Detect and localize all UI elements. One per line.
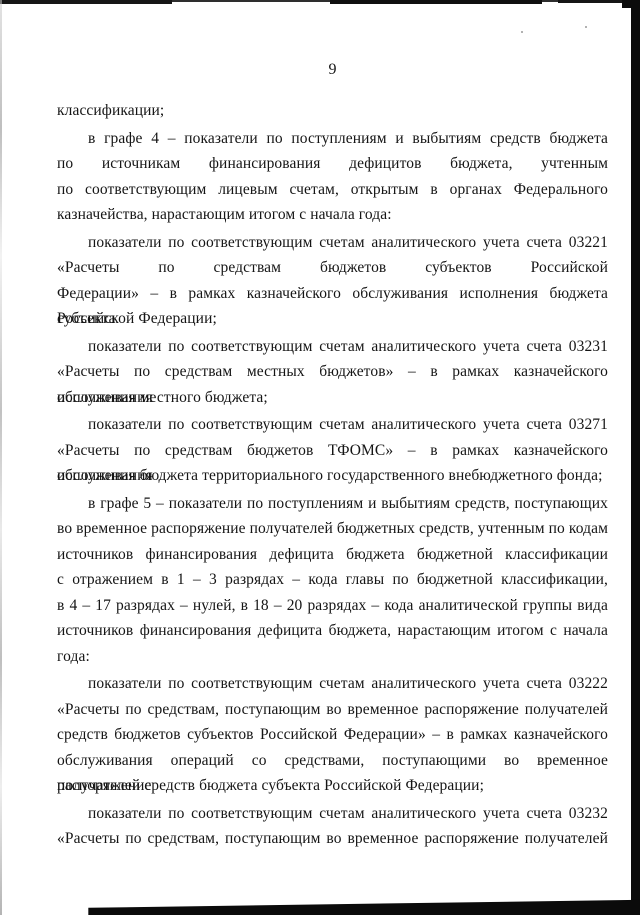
text-line: «Расчеты по средствам бюджетов ТФОМС» – … (57, 438, 608, 464)
page-number: 9 (57, 57, 608, 82)
text-line: по источникам финансирования дефицитов б… (57, 151, 608, 177)
scan-speck (521, 31, 523, 33)
text-line: получателей средств бюджета субъекта Рос… (57, 773, 608, 799)
text-line: «Расчеты по средствам местных бюджетов» … (57, 359, 608, 385)
paragraph: классификации; (57, 98, 608, 124)
scan-edge-left (0, 0, 2, 915)
scan-edge-top-segment (330, 0, 542, 4)
scan-edge-bottom (0, 896, 640, 915)
scanned-document-page: 9 классификации;в графе 4 – показатели п… (0, 0, 640, 915)
scan-speck (585, 26, 587, 28)
document-body: классификации;в графе 4 – показатели по … (57, 98, 608, 852)
text-line: Российской Федерации; (57, 306, 608, 332)
text-line: по соответствующим лицевым счетам, откры… (57, 177, 608, 203)
paragraph: показатели по соответствующим счетам ана… (57, 412, 608, 489)
scan-edge-right-corner (622, 0, 640, 8)
text-line: Федерации» – в рамках казначейского обсл… (57, 281, 608, 307)
text-line: показатели по соответствующим счетам ана… (57, 412, 608, 438)
text-line: исполнения бюджета территориального госу… (57, 463, 608, 489)
scan-edge-top-segment (0, 0, 172, 4)
text-line: обслуживания операций со средствами, пос… (57, 748, 608, 774)
text-line: показатели по соответствующим счетам ана… (57, 334, 608, 360)
text-line: показатели по соответствующим счетам ана… (57, 230, 608, 256)
text-line: классификации; (57, 98, 608, 124)
paragraph: в графе 5 – показатели по поступлениям и… (57, 491, 608, 670)
text-line: года: (57, 644, 608, 670)
paragraph: показатели по соответствующим счетам ана… (57, 801, 608, 852)
paragraph: показатели по соответствующим счетам ана… (57, 334, 608, 411)
text-line: в графе 5 – показатели по поступлениям и… (57, 491, 608, 517)
text-line: «Расчеты по средствам, поступающим во вр… (57, 697, 608, 723)
text-line: показатели по соответствующим счетам ана… (57, 671, 608, 697)
text-line: источников финансирования дефицита бюдже… (57, 618, 608, 644)
paragraph: показатели по соответствующим счетам ана… (57, 230, 608, 332)
text-line: во временное распоряжение получателей бю… (57, 516, 608, 542)
text-line: показатели по соответствующим счетам ана… (57, 801, 608, 827)
text-line: «Расчеты по средствам, поступающим во вр… (57, 826, 608, 852)
paragraph: показатели по соответствующим счетам ана… (57, 671, 608, 799)
text-line: с отражением в 1 – 3 разрядах – кода гла… (57, 567, 608, 593)
text-line: в 4 – 17 разрядах – нулей, в 18 – 20 раз… (57, 593, 608, 619)
text-line: исполнения местного бюджета; (57, 385, 608, 411)
text-line: источников финансирования дефицита бюдже… (57, 542, 608, 568)
page-content: 9 классификации;в графе 4 – показатели п… (57, 57, 608, 854)
text-line: «Расчеты по средствам бюджетов субъектов… (57, 255, 608, 281)
text-line: средств бюджетов субъектов Российской Фе… (57, 722, 608, 748)
paragraph: в графе 4 – показатели по поступлениям и… (57, 126, 608, 228)
text-line: казначейства, нарастающим итогом с начал… (57, 202, 608, 228)
text-line: в графе 4 – показатели по поступлениям и… (57, 126, 608, 152)
scan-edge-right (631, 0, 640, 915)
